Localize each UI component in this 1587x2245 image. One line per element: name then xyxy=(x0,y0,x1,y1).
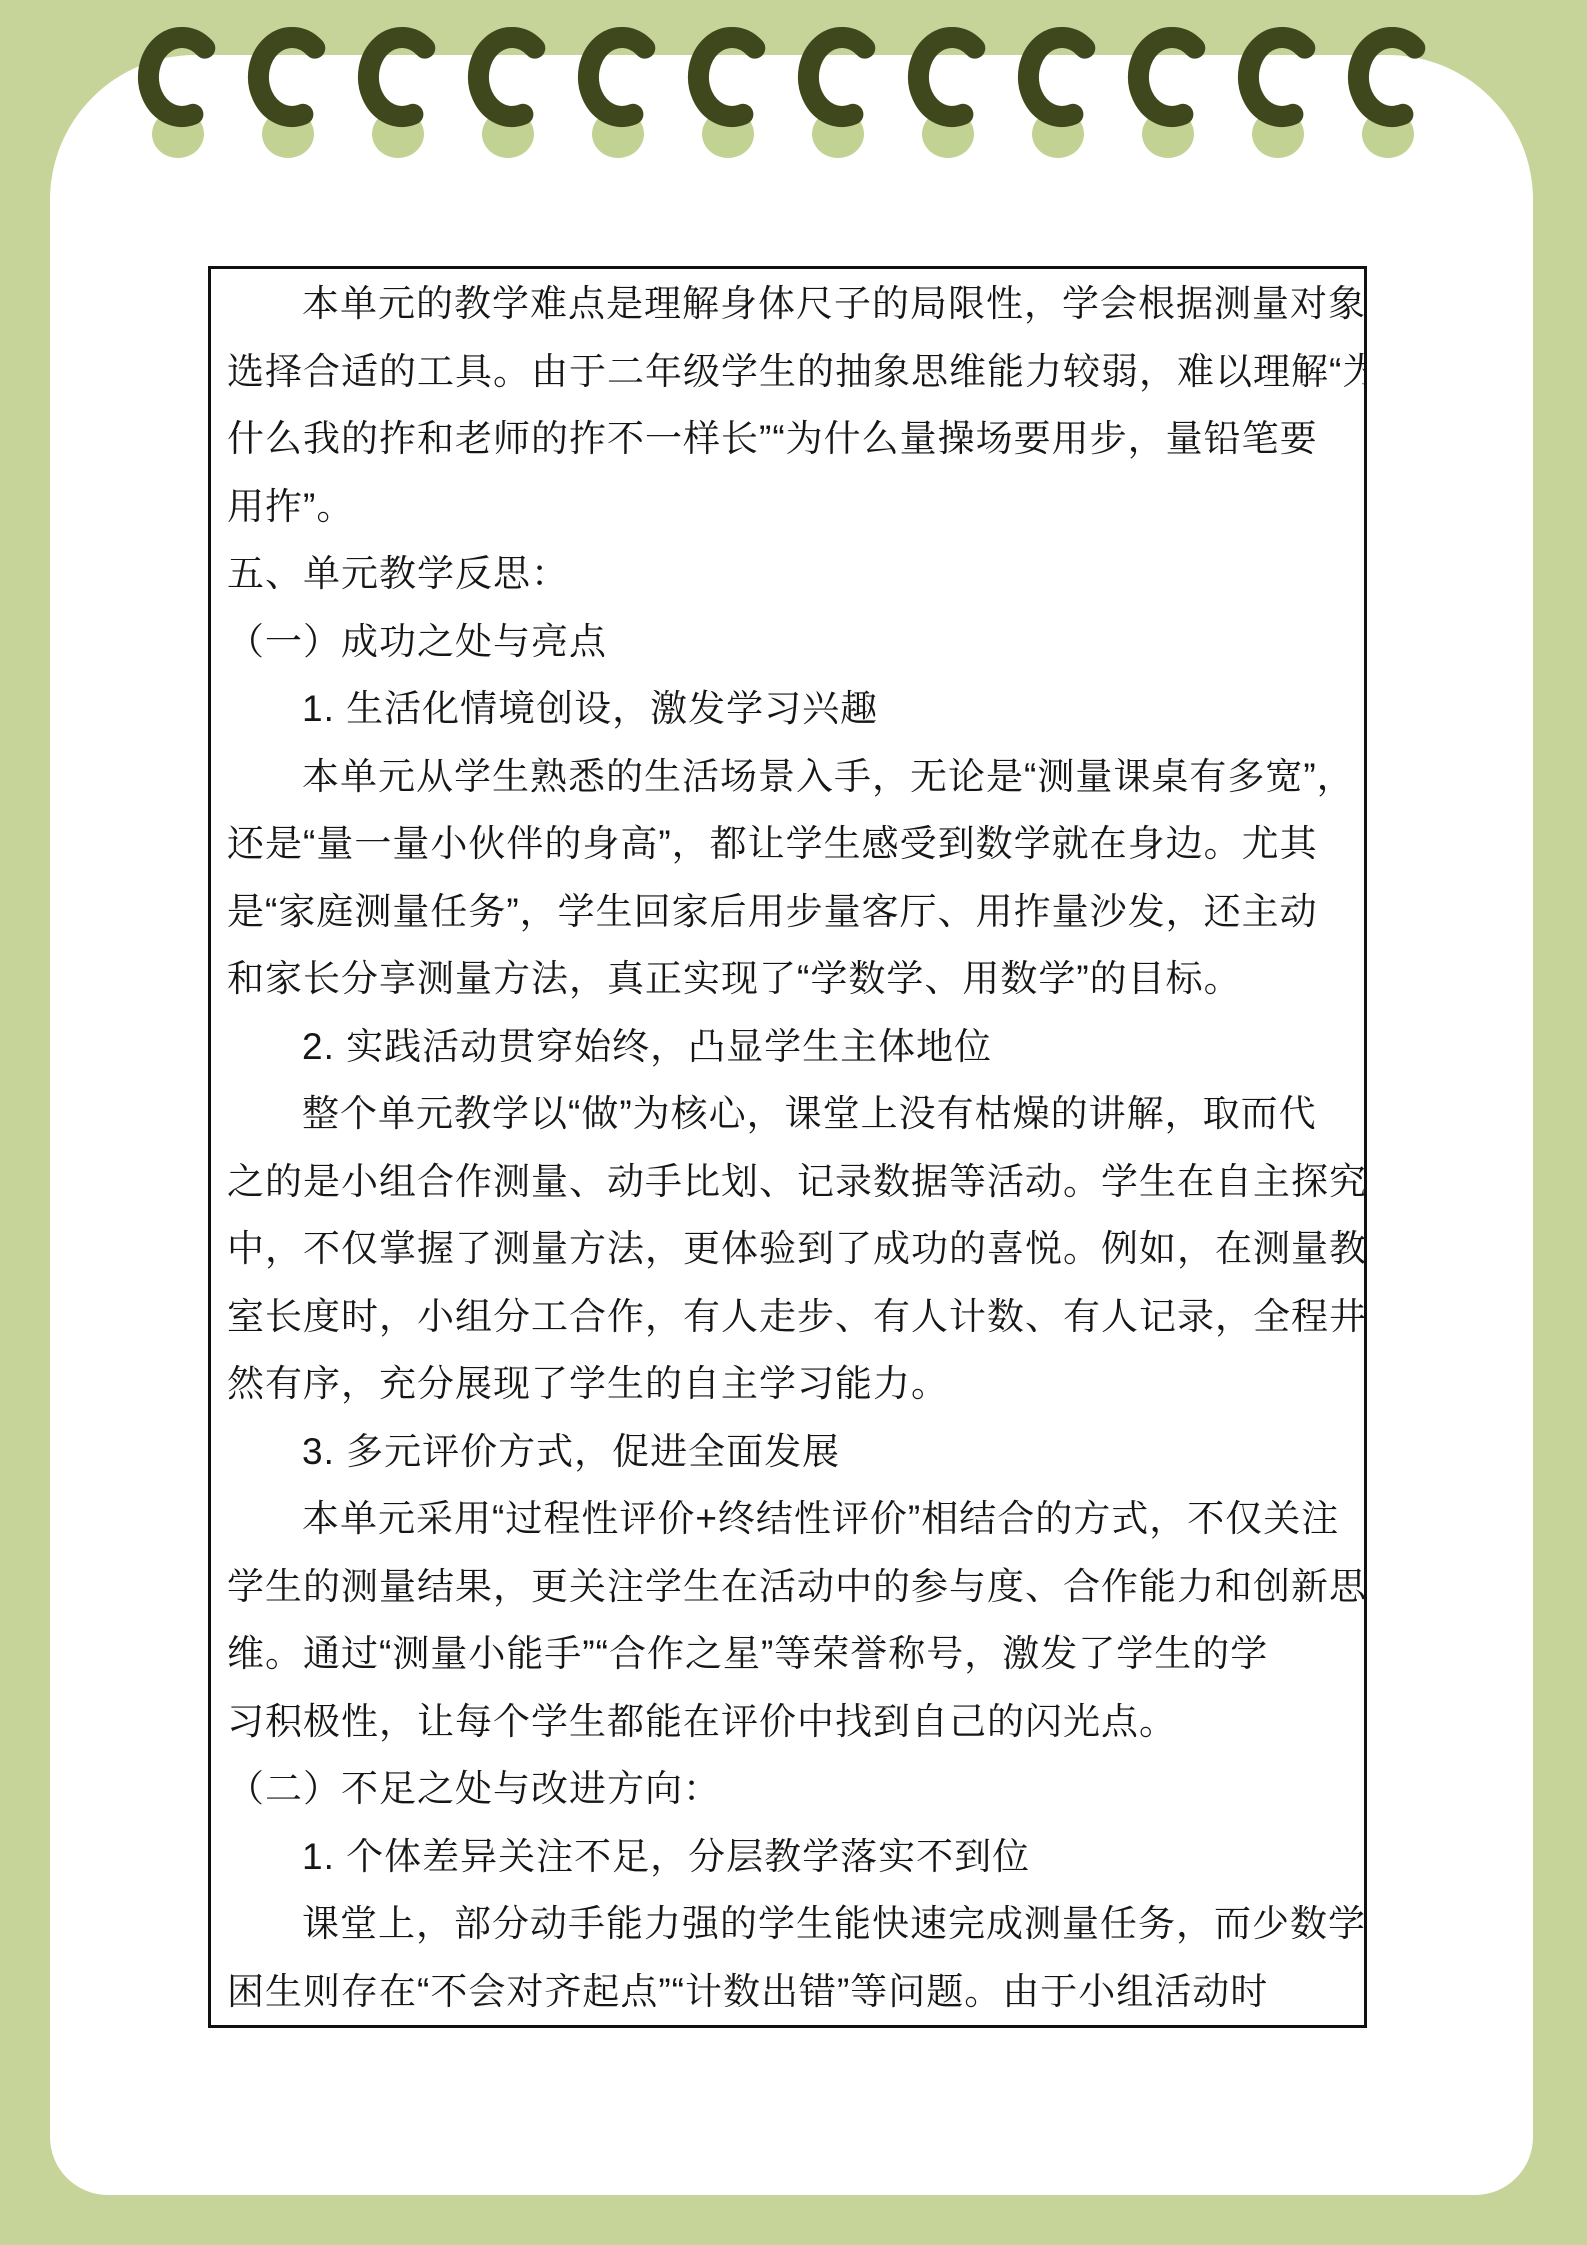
notebook-page-background: { "theme": { "background_color": "#c6d49… xyxy=(0,0,1587,2245)
text-line: （一）成功之处与亮点 xyxy=(227,608,1346,676)
content-box: 本单元的教学难点是理解身体尺子的局限性，学会根据测量对象选择合适的工具。由于二年… xyxy=(208,266,1367,2028)
document-text: 本单元的教学难点是理解身体尺子的局限性，学会根据测量对象选择合适的工具。由于二年… xyxy=(227,270,1346,2025)
text-line: 1. 生活化情境创设，激发学习兴趣 xyxy=(227,675,1346,743)
text-line: （二）不足之处与改进方向： xyxy=(227,1755,1346,1823)
text-line: 1. 个体差异关注不足，分层教学落实不到位 xyxy=(227,1823,1346,1891)
text-line: 维。通过“测量小能手”“合作之星”等荣誉称号，激发了学生的学 xyxy=(227,1620,1346,1688)
text-line: 用拃”。 xyxy=(227,473,1346,541)
text-line: 中，不仅掌握了测量方法，更体验到了成功的喜悦。例如，在测量教 xyxy=(227,1215,1346,1283)
text-line: 整个单元教学以“做”为核心，课堂上没有枯燥的讲解，取而代 xyxy=(227,1080,1346,1148)
text-line: 五、单元教学反思： xyxy=(227,540,1346,608)
text-line: 还是“量一量小伙伴的身高”，都让学生感受到数学就在身边。尤其 xyxy=(227,810,1346,878)
text-line: 什么我的拃和老师的拃不一样长”“为什么量操场要用步，量铅笔要 xyxy=(227,405,1346,473)
text-line: 3. 多元评价方式，促进全面发展 xyxy=(227,1418,1346,1486)
text-line: 之的是小组合作测量、动手比划、记录数据等活动。学生在自主探究 xyxy=(227,1148,1346,1216)
text-line: 2. 实践活动贯穿始终，凸显学生主体地位 xyxy=(227,1013,1346,1081)
text-line: 困生则存在“不会对齐起点”“计数出错”等问题。由于小组活动时 xyxy=(227,1958,1346,2026)
text-line: 室长度时，小组分工合作，有人走步、有人计数、有人记录，全程井 xyxy=(227,1283,1346,1351)
text-line: 然有序，充分展现了学生的自主学习能力。 xyxy=(227,1350,1346,1418)
text-line: 课堂上，部分动手能力强的学生能快速完成测量任务，而少数学 xyxy=(227,1890,1346,1958)
text-line: 选择合适的工具。由于二年级学生的抽象思维能力较弱，难以理解“为 xyxy=(227,338,1346,406)
text-line: 是“家庭测量任务”，学生回家后用步量客厅、用拃量沙发，还主动 xyxy=(227,878,1346,946)
text-line: 本单元采用“过程性评价+终结性评价”相结合的方式，不仅关注 xyxy=(227,1485,1346,1553)
text-line: 本单元从学生熟悉的生活场景入手，无论是“测量课桌有多宽”， xyxy=(227,743,1346,811)
text-line: 和家长分享测量方法，真正实现了“学数学、用数学”的目标。 xyxy=(227,945,1346,1013)
text-line: 学生的测量结果，更关注学生在活动中的参与度、合作能力和创新思 xyxy=(227,1553,1346,1621)
text-line: 本单元的教学难点是理解身体尺子的局限性，学会根据测量对象 xyxy=(227,270,1346,338)
text-line: 习积极性，让每个学生都能在评价中找到自己的闪光点。 xyxy=(227,1688,1346,1756)
